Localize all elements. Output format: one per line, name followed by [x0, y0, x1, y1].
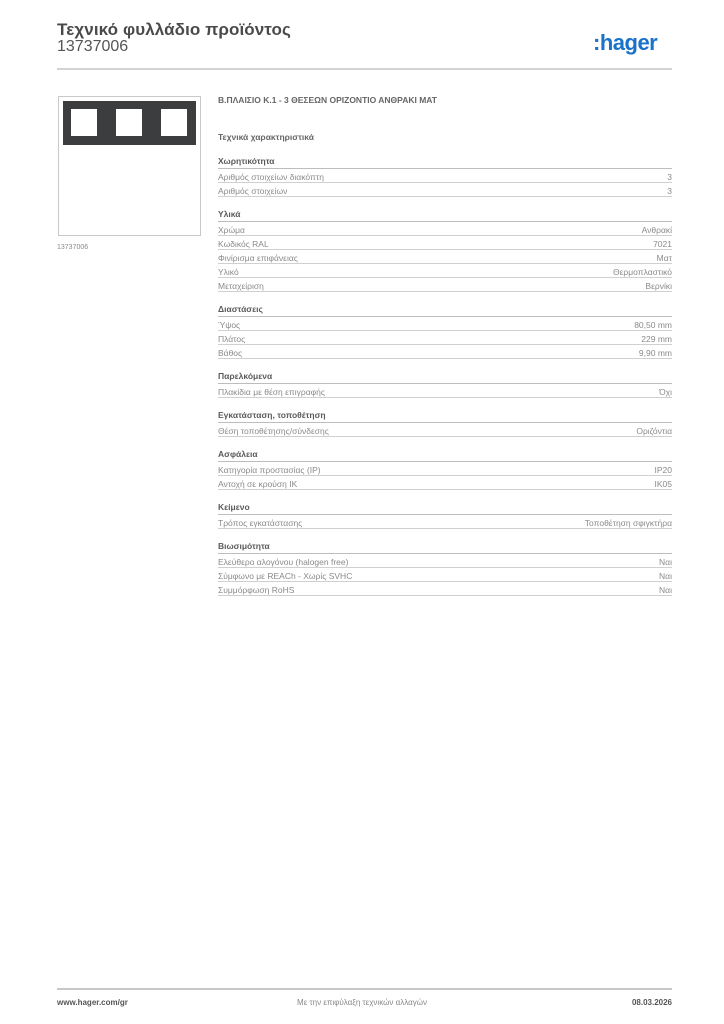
section-title: Χωρητικότητα: [218, 156, 672, 169]
section-title: Κείμενο: [218, 502, 672, 515]
spec-row: Βάθος9,90 mm: [218, 345, 672, 359]
spec-row: Κωδικός RAL7021: [218, 236, 672, 250]
section-title: Εγκατάσταση, τοποθέτηση: [218, 410, 672, 423]
spec-value: Ναι: [659, 557, 672, 567]
spec-label: Φινίρισμα επιφάνειας: [218, 253, 298, 263]
spec-label: Θέση τοποθέτησης/σύνδεσης: [218, 426, 329, 436]
spec-label: Ύψος: [218, 320, 240, 330]
product-image: [58, 96, 201, 236]
spec-row: Ύψος80,50 mm: [218, 317, 672, 331]
spec-label: Κατηγορία προστασίας (IP): [218, 465, 321, 475]
spec-value: IK05: [655, 479, 673, 489]
spec-row: ΥλικόΘερμοπλαστικό: [218, 264, 672, 278]
spec-section: ΔιαστάσειςΎψος80,50 mmΠλάτος229 mmΒάθος9…: [218, 304, 672, 359]
spec-row: Θέση τοποθέτησης/σύνδεσηςΟριζόντια: [218, 423, 672, 437]
spec-row: Αριθμός στοιχείων3: [218, 183, 672, 197]
spec-label: Συμμόρφωση RoHS: [218, 585, 294, 595]
specifications: Β.ΠΛΑΙΣΙΟ Κ.1 - 3 ΘΕΣΕΩΝ ΟΡΙΖΟΝΤΙΟ ΑΝΘΡΑ…: [218, 95, 672, 608]
spec-value: IP20: [655, 465, 673, 475]
spec-sections: ΧωρητικότηταΑριθμός στοιχείων διακόπτη3Α…: [218, 156, 672, 596]
logo-prefix: :: [593, 30, 600, 55]
spec-value: Τοποθέτηση σφιγκτήρα: [585, 518, 672, 528]
spec-row: Σύμφωνο με REACh - Χωρίς SVHCΝαι: [218, 568, 672, 582]
spec-value: 3: [667, 186, 672, 196]
spec-value: Ματ: [657, 253, 672, 263]
image-caption: 13737006: [57, 244, 88, 251]
spec-label: Ελεύθερο αλογόνου (halogen free): [218, 557, 348, 567]
spec-row: Πλακίδια με θέση επιγραφήςΌχι: [218, 384, 672, 398]
product-code: 13737006: [57, 38, 128, 56]
spec-section: ΑσφάλειαΚατηγορία προστασίας (IP)IP20Αντ…: [218, 449, 672, 490]
section-title: Παρελκόμενα: [218, 371, 672, 384]
spec-section: ΒιωσιμότηταΕλεύθερο αλογόνου (halogen fr…: [218, 541, 672, 596]
spec-label: Υλικό: [218, 267, 239, 277]
spec-label: Σύμφωνο με REACh - Χωρίς SVHC: [218, 571, 352, 581]
spec-row: Κατηγορία προστασίας (IP)IP20: [218, 462, 672, 476]
spec-section: ΥλικάΧρώμαΑνθρακίΚωδικός RAL7021Φινίρισμ…: [218, 209, 672, 292]
frame-illustration: [63, 101, 196, 145]
spec-section: ΧωρητικότηταΑριθμός στοιχείων διακόπτη3Α…: [218, 156, 672, 197]
spec-label: Κωδικός RAL: [218, 239, 269, 249]
frame-opening: [71, 109, 97, 136]
spec-value: Θερμοπλαστικό: [613, 267, 672, 277]
spec-value: 80,50 mm: [634, 320, 672, 330]
spec-label: Τρόπος εγκατάστασης: [218, 518, 302, 528]
section-title: Βιωσιμότητα: [218, 541, 672, 554]
spec-row: ΧρώμαΑνθρακί: [218, 222, 672, 236]
spec-row: ΜεταχείρισηΒερνίκι: [218, 278, 672, 292]
spec-value: Βερνίκι: [645, 281, 672, 291]
document-title: Τεχνικό φυλλάδιο προϊόντος: [57, 20, 291, 40]
hager-logo: :hager: [593, 30, 657, 56]
footer-date: 08.03.2026: [632, 998, 672, 1007]
spec-row: Φινίρισμα επιφάνειαςΜατ: [218, 250, 672, 264]
frame-opening: [116, 109, 142, 136]
footer-divider: [57, 988, 672, 990]
spec-label: Χρώμα: [218, 225, 245, 235]
spec-row: Αντοχή σε κρούση IKIK05: [218, 476, 672, 490]
footer-disclaimer: Με την επιφύλαξη τεχνικών αλλαγών: [0, 998, 724, 1007]
spec-value: 229 mm: [641, 334, 672, 344]
section-title: Διαστάσεις: [218, 304, 672, 317]
section-title: Ασφάλεια: [218, 449, 672, 462]
spec-value: Όχι: [659, 387, 672, 397]
spec-value: Ναι: [659, 571, 672, 581]
spec-label: Πλάτος: [218, 334, 245, 344]
spec-value: 7021: [653, 239, 672, 249]
spec-section: ΚείμενοΤρόπος εγκατάστασηςΤοποθέτηση σφι…: [218, 502, 672, 529]
spec-section: Εγκατάσταση, τοποθέτησηΘέση τοποθέτησης/…: [218, 410, 672, 437]
spec-value: 3: [667, 172, 672, 182]
logo-text: hager: [600, 30, 657, 55]
spec-row: Ελεύθερο αλογόνου (halogen free)Ναι: [218, 554, 672, 568]
spec-value: Ναι: [659, 585, 672, 595]
spec-label: Πλακίδια με θέση επιγραφής: [218, 387, 325, 397]
spec-row: Πλάτος229 mm: [218, 331, 672, 345]
spec-label: Αντοχή σε κρούση IK: [218, 479, 297, 489]
spec-label: Μεταχείριση: [218, 281, 264, 291]
spec-row: Τρόπος εγκατάστασηςΤοποθέτηση σφιγκτήρα: [218, 515, 672, 529]
header-divider: [57, 68, 672, 70]
spec-row: Συμμόρφωση RoHSΝαι: [218, 582, 672, 596]
frame-opening: [161, 109, 187, 136]
tech-heading: Τεχνικά χαρακτηριστικά: [218, 132, 672, 142]
product-name: Β.ΠΛΑΙΣΙΟ Κ.1 - 3 ΘΕΣΕΩΝ ΟΡΙΖΟΝΤΙΟ ΑΝΘΡΑ…: [218, 95, 672, 105]
spec-section: ΠαρελκόμεναΠλακίδια με θέση επιγραφήςΌχι: [218, 371, 672, 398]
spec-value: Ανθρακί: [642, 225, 672, 235]
spec-label: Βάθος: [218, 348, 242, 358]
spec-label: Αριθμός στοιχείων: [218, 186, 287, 196]
section-title: Υλικά: [218, 209, 672, 222]
spec-value: Οριζόντια: [636, 426, 672, 436]
spec-row: Αριθμός στοιχείων διακόπτη3: [218, 169, 672, 183]
spec-value: 9,90 mm: [639, 348, 672, 358]
spec-label: Αριθμός στοιχείων διακόπτη: [218, 172, 324, 182]
